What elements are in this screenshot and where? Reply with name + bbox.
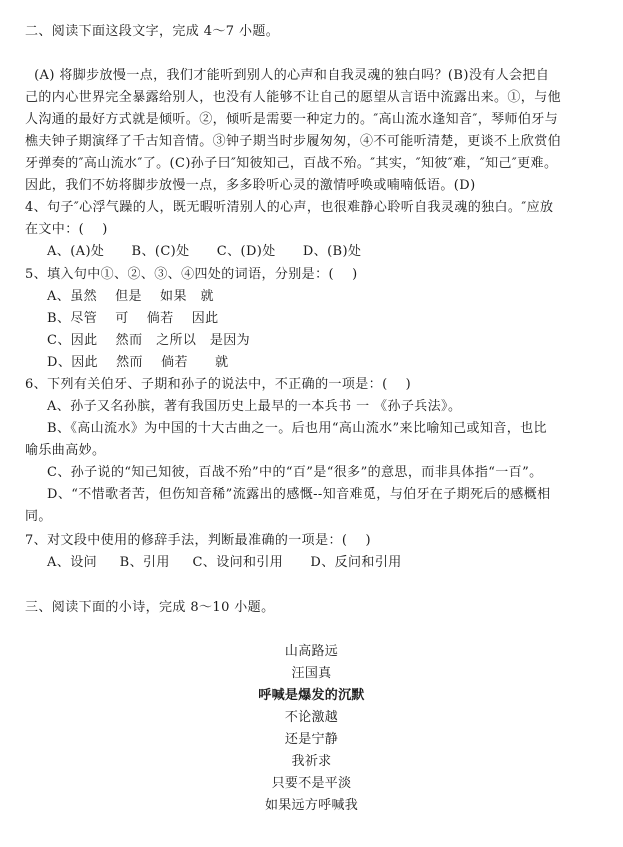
passage-line: 己的内心世界完全暴露给别人，也没有人能够不让自己的愿望从言语中流露出来。①，与他 — [25, 90, 561, 106]
section2-heading: 二、阅读下面这段文字，完成 4～7 小题。 — [25, 24, 279, 40]
poem-line: 不论激越 — [0, 710, 623, 726]
section3-heading: 三、阅读下面的小诗，完成 8～10 小题。 — [25, 600, 274, 616]
poem-line: 如果远方呼喊我 — [0, 798, 623, 814]
question-stem: 6、下列有关伯牙、子期和孙子的说法中，不正确的一项是：( ) — [25, 377, 411, 393]
option-b: B、《高山流水》为中国的十大古曲之一。后也用“高山流水”来比喻知己或知音，也比 — [47, 421, 547, 437]
poem-title: 山高路远 — [0, 644, 623, 660]
option-b-continuation: 喻乐曲高妙。 — [25, 443, 105, 459]
question-stem: 4、句子″心浮气躁的人，既无暇听清别人的心声，也很难静心聆听自我灵魂的独白。″应… — [25, 200, 553, 216]
poem-line: 还是宁静 — [0, 732, 623, 748]
question-options: A、设问 B、引用 C、设问和引用 D、反问和引用 — [47, 555, 402, 571]
option-a: A、虽然 但是 如果 就 — [47, 289, 214, 305]
document-page: 二、阅读下面这段文字，完成 4～7 小题。 (A) 将脚步放慢一点，我们才能听到… — [0, 0, 623, 847]
option-d-continuation: 同。 — [25, 509, 52, 525]
poem-line: 我祈求 — [0, 754, 623, 770]
option-b: B、尽管 可 倘若 因此 — [47, 311, 219, 327]
poem-line: 呼喊是爆发的沉默 — [0, 688, 623, 704]
option-d: D、“不惜歌者苦，但伤知音稀”流露出的感慨--知音难觅，与伯牙在子期死后的感概相 — [47, 487, 551, 503]
question-stem: 5、填入句中①、②、③、④四处的词语，分别是：( ) — [25, 267, 358, 283]
passage-line: 樵夫钟子期演绎了千古知音情。③钟子期当时步履匆匆，④不可能听清楚，更谈不上欣赏伯 — [25, 134, 561, 150]
poem-author: 汪国真 — [0, 666, 623, 682]
passage-line: 因此，我们不妨将脚步放慢一点，多多聆听心灵的激情呼唤或喃喃低语。(D) — [25, 178, 476, 194]
passage-line: (A) 将脚步放慢一点，我们才能听到别人的心声和自我灵魂的独白吗？(B)没有人会… — [25, 68, 549, 84]
option-c: C、因此 然而 之所以 是因为 — [47, 333, 250, 349]
question-options: A、(A)处 B、(C)处 C、(D)处 D、(B)处 — [47, 244, 361, 260]
option-d: D、因此 然而 倘若 就 — [47, 355, 228, 371]
passage-line: 人沟通的最好方式就是倾听。②，倾听是需要一种定力的。″高山流水逢知音″，琴师伯牙… — [25, 112, 558, 128]
passage-line: 牙弹奏的″高山流水″了。(C)孙子曰″知彼知己，百战不殆。″其实，″知彼″难，″… — [25, 156, 557, 172]
option-c: C、孙子说的“知己知彼，百战不殆”中的“百”是“很多”的意思，而非具体指“一百”… — [47, 465, 543, 481]
poem-line: 只要不是平淡 — [0, 776, 623, 792]
question-stem: 在文中：( ) — [25, 222, 108, 238]
option-a: A、孙子又名孙膑，著有我国历史上最早的一本兵书 一 《孙子兵法》。 — [47, 399, 461, 415]
question-stem: 7、对文段中使用的修辞手法，判断最准确的一项是：( ) — [25, 533, 371, 549]
